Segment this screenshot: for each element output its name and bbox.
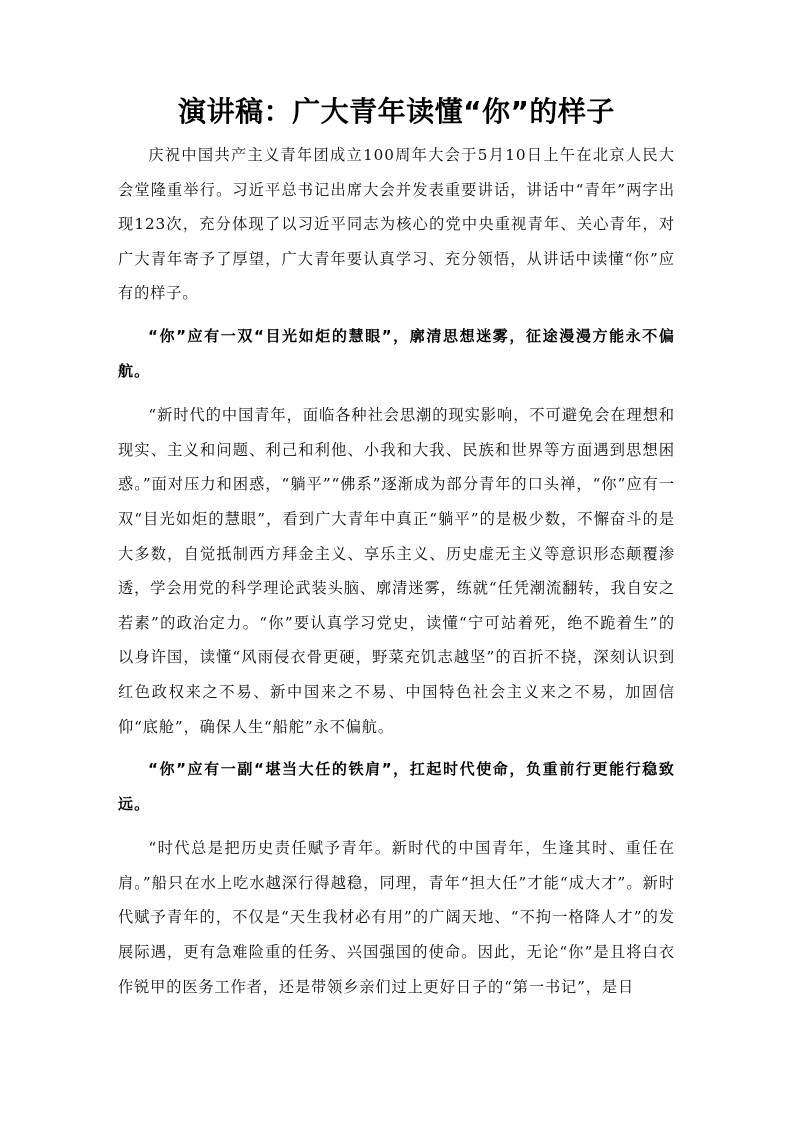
section-heading-1: “你”应有一双“目光如炬的慧眼”，廓清思想迷雾，征途漫漫方能永不偏航。 (118, 319, 675, 388)
document-page: 演讲稿：广大青年读懂“你”的样子 庆祝中国共产主义青年团成立100周年大会于5月… (118, 92, 675, 1012)
document-title: 演讲稿：广大青年读懂“你”的样子 (118, 92, 675, 132)
intro-paragraph: 庆祝中国共产主义青年团成立100周年大会于5月10日上午在北京人民大会堂隆重举行… (118, 138, 675, 311)
section-heading-2: “你”应有一副“堪当大任的铁肩”，扛起时代使命，负重前行更能行稳致远。 (118, 752, 675, 821)
body-paragraph-2: “时代总是把历史责任赋予青年。新时代的中国青年，生逢其时、重任在肩。”船只在水上… (118, 831, 675, 1004)
body-paragraph-1: “新时代的中国青年，面临各种社会思潮的现实影响，不可避免会在理想和现实、主义和问… (118, 398, 675, 744)
